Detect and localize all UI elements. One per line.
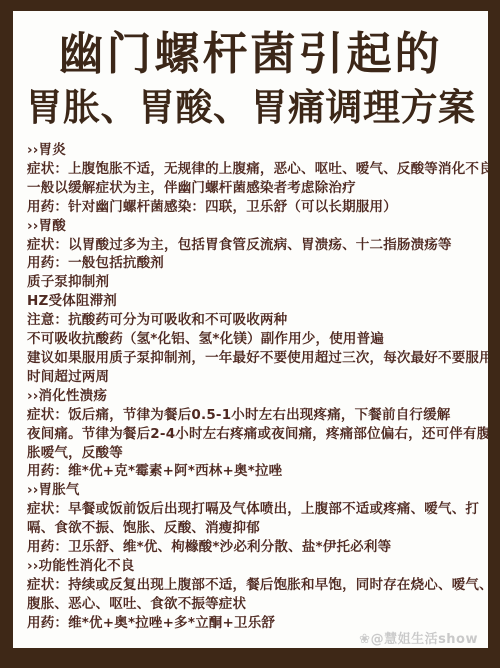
- text-line: 用药：一般包括抗酸剂: [27, 254, 484, 273]
- watermark-text: @慧姐生活show: [371, 632, 478, 647]
- text-line: 症状：以胃酸过多为主，包括胃食管反流病、胃溃疡、十二指肠溃疡等: [27, 236, 484, 255]
- text-line: 注意：抗酸药可分为可吸收和不可吸收两种: [27, 311, 484, 330]
- text-line: 症状：上腹饱胀不适，无规律的上腹痛，恶心、呕吐、嗳气、反酸等消化不良: [27, 160, 484, 179]
- title-line-2: 胃胀、胃酸、胃痛调理方案: [13, 83, 488, 133]
- text-line: 质子泵抑制剂: [27, 273, 484, 292]
- flower-icon: ❀: [359, 632, 370, 647]
- text-line: 症状：早餐或饭前饭后出现打嗝及气体喷出，上腹部不适或疼痛、嗳气、打: [27, 500, 484, 519]
- text-line: 时间超过两周: [27, 368, 484, 387]
- watermark: ❀@慧姐生活show: [359, 628, 478, 647]
- text-line: ››胃酸: [27, 217, 484, 236]
- text-line: ››消化性溃疡: [27, 387, 484, 406]
- title-line-1: 幽门螺杆菌引起的: [13, 25, 488, 83]
- text-line: 一般以缓解症状为主，伴幽门螺杆菌感染者考虑除治疗: [27, 179, 484, 198]
- text-line: 夜间痛。节律为餐后2-4小时左右疼痛或夜间痛，疼痛部位偏右，还可伴有腹: [27, 425, 484, 444]
- text-line: HZ受体阻滞剂: [27, 292, 484, 311]
- poster-body: 幽门螺杆菌引起的 胃胀、胃酸、胃痛调理方案 ››胃炎症状：上腹饱胀不适，无规律的…: [13, 11, 488, 648]
- text-line: 嗝、食欲不振、饱胀、反酸、消瘦抑郁: [27, 519, 484, 538]
- text-line: 建议如果服用质子泵抑制剂，一年最好不要使用超过三次，每次最好不要服用: [27, 349, 484, 368]
- text-line: 用药：针对幽门螺杆菌感染：四联，卫乐舒（可以长期服用）: [27, 198, 484, 217]
- text-line: ››胃炎: [27, 141, 484, 160]
- text-line: 症状：持续或反复出现上腹部不适，餐后饱胀和早饱，同时存在烧心、嗳气、: [27, 576, 484, 595]
- text-line: ››功能性消化不良: [27, 557, 484, 576]
- text-line: 胀嗳气，反酸等: [27, 444, 484, 463]
- text-line: 腹胀、恶心、呕吐、食欲不振等症状: [27, 595, 484, 614]
- text-line: 症状：饭后痛，节律为餐后0.5-1小时左右出现疼痛，下餐前自行缓解: [27, 406, 484, 425]
- text-line: ››胃胀气: [27, 481, 484, 500]
- poster-title: 幽门螺杆菌引起的 胃胀、胃酸、胃痛调理方案: [13, 11, 488, 133]
- poster-frame: 幽门螺杆菌引起的 胃胀、胃酸、胃痛调理方案 ››胃炎症状：上腹饱胀不适，无规律的…: [0, 0, 500, 668]
- text-line: 用药：卫乐舒、维*优、枸橼酸*沙必利分散、盐*伊托必利等: [27, 538, 484, 557]
- content-lines: ››胃炎症状：上腹饱胀不适，无规律的上腹痛，恶心、呕吐、嗳气、反酸等消化不良一般…: [13, 133, 488, 633]
- text-line: 用药：维*优+克*霉素+阿*西林+奥*拉唑: [27, 462, 484, 481]
- text-line: 不可吸收抗酸药（氢*化铝、氢*化镁）副作用少，使用普遍: [27, 330, 484, 349]
